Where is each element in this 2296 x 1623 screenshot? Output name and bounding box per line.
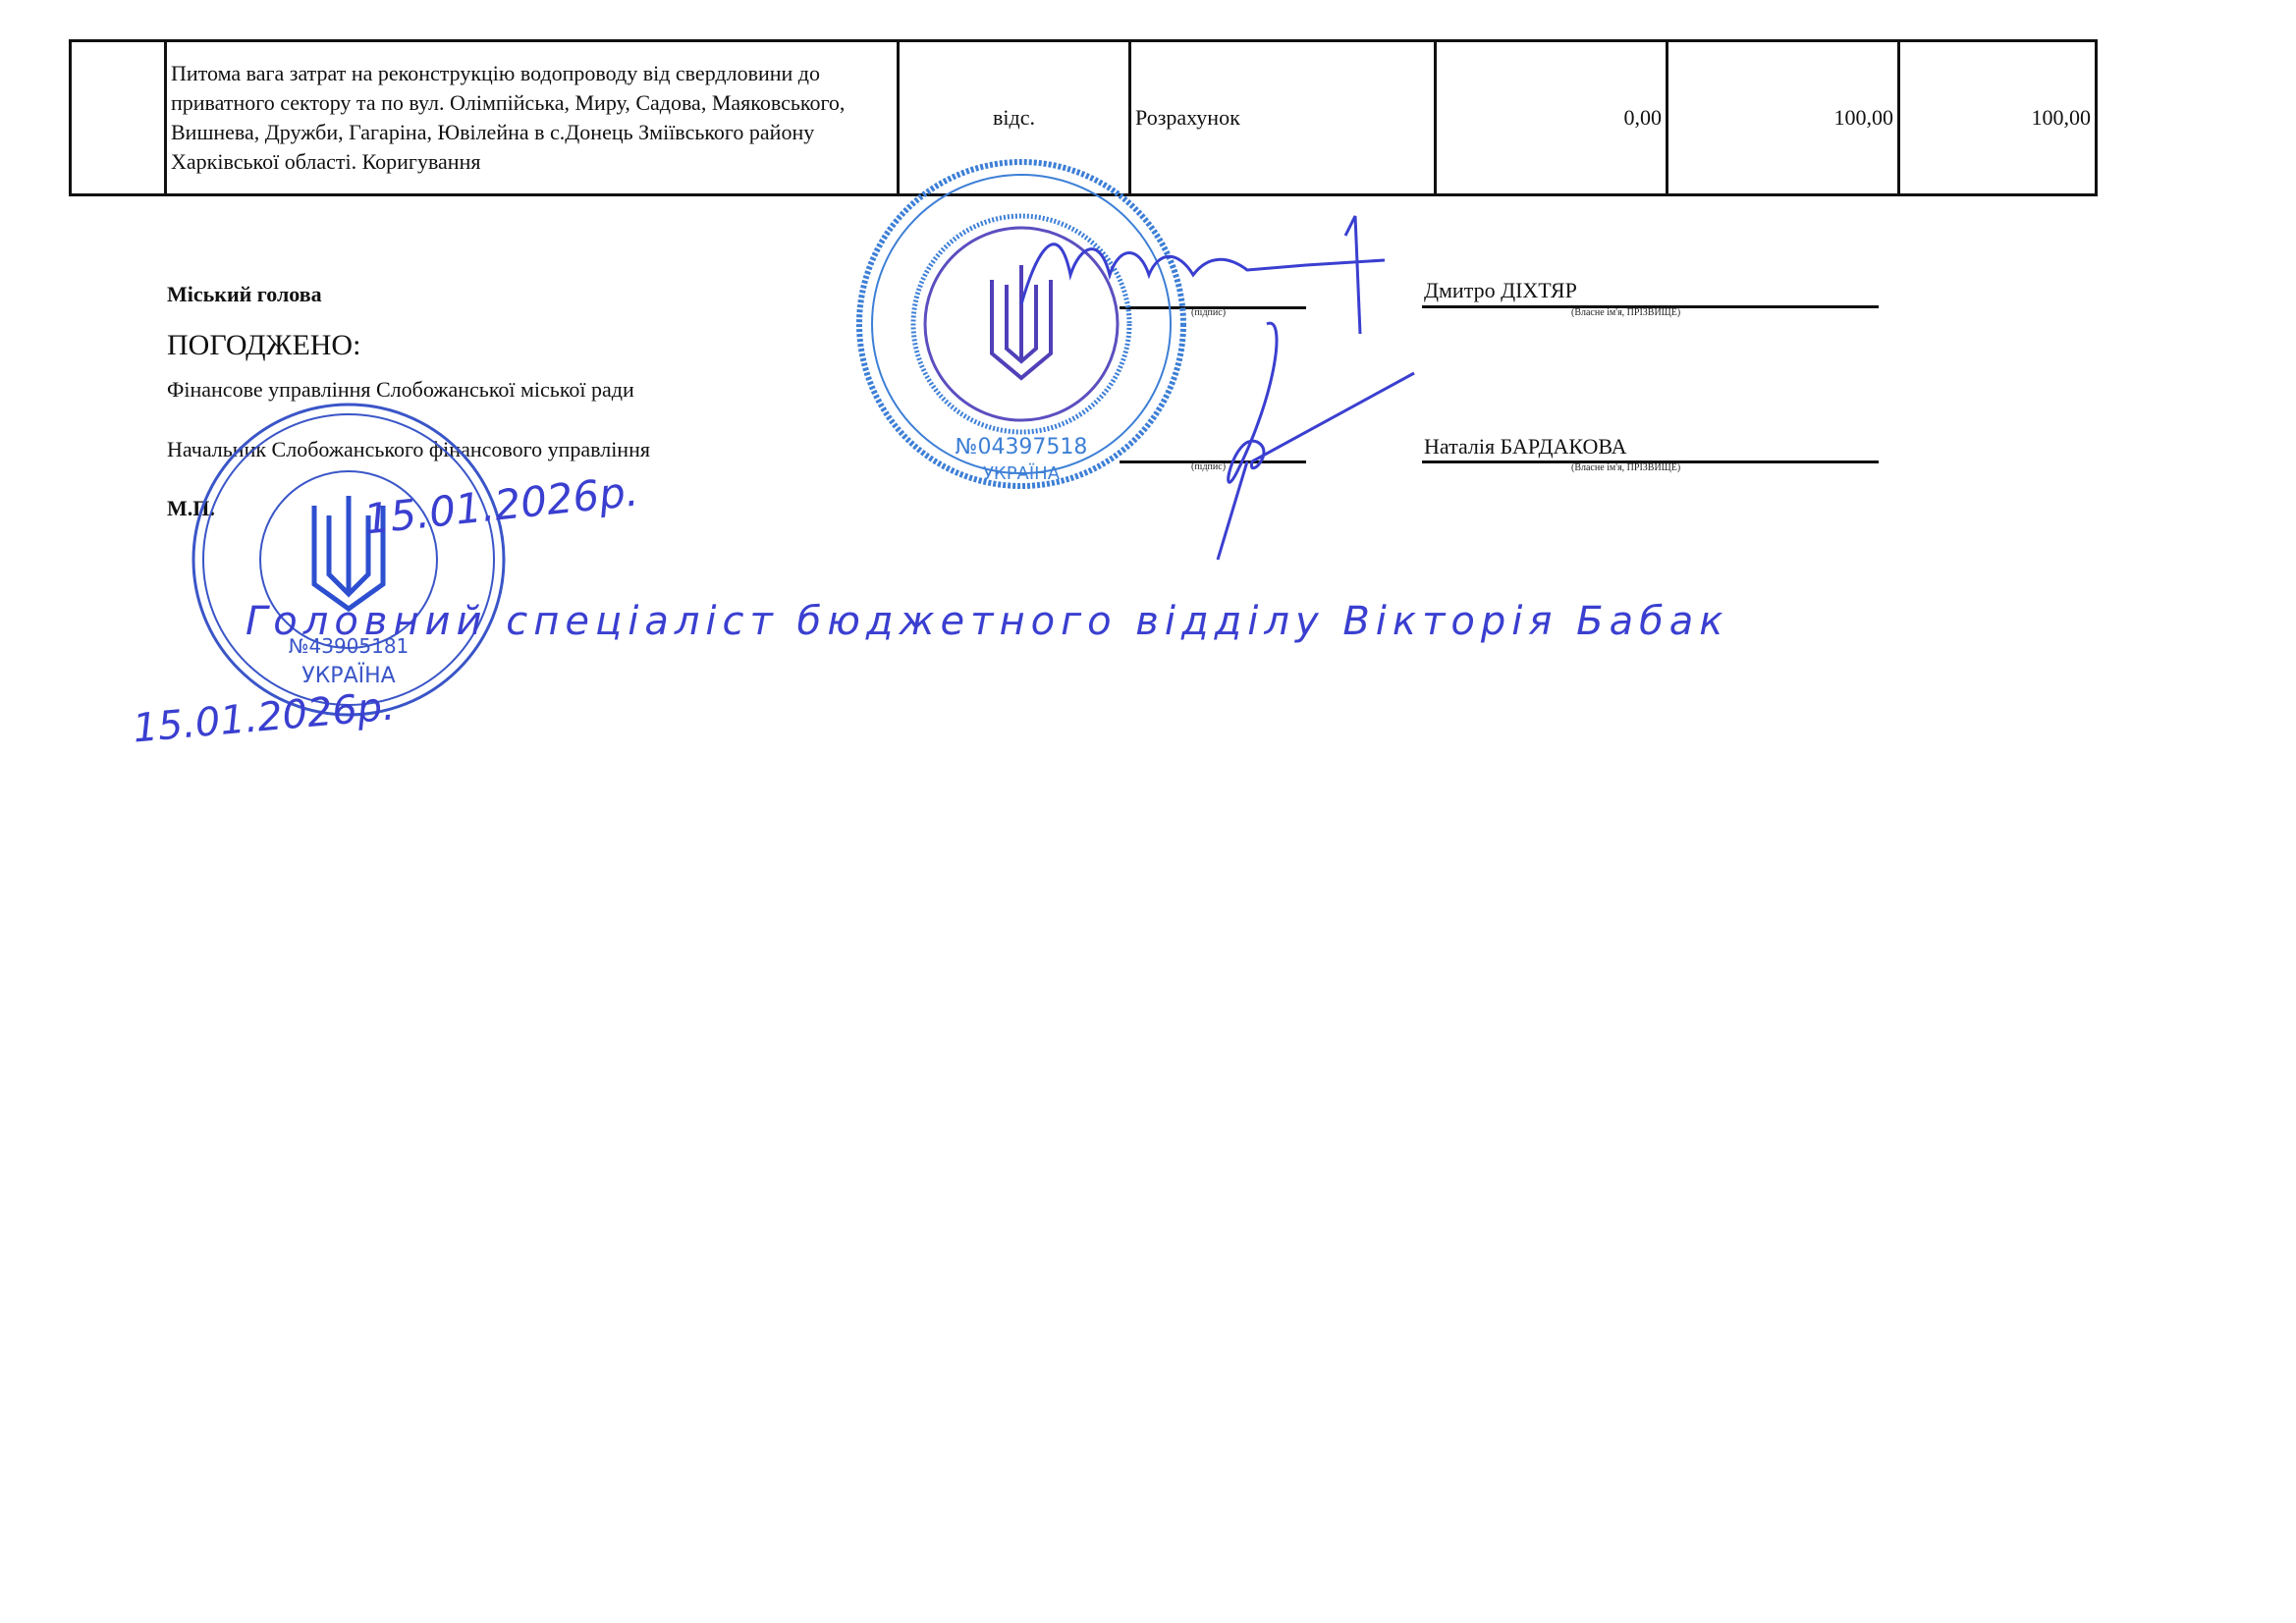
city-stamp-country: УКРАЇНА — [983, 463, 1061, 484]
finance-dept-label: Фінансове управління Слобожанської міськ… — [167, 377, 634, 403]
finance-head-signature — [1178, 314, 1434, 569]
row-number-cell — [71, 41, 166, 195]
description-cell: Питома вага затрат на реконструкцію водо… — [166, 41, 899, 195]
mayor-signature — [982, 196, 1414, 334]
mayor-name: Дмитро ДІХТЯР — [1424, 278, 1577, 303]
handwritten-note-line: Головний спеціаліст бюджетного відділу В… — [246, 599, 1728, 644]
city-stamp-number: №04397518 — [956, 435, 1088, 460]
finance-head-name: Наталія БАРДАКОВА — [1424, 434, 1627, 460]
agreed-label: ПОГОДЖЕНО: — [167, 329, 360, 362]
value-cell-2: 100,00 — [1667, 41, 1899, 195]
value-cell-3: 100,00 — [1899, 41, 2097, 195]
value-cell-1: 0,00 — [1436, 41, 1667, 195]
mayor-name-caption: (Власне ім'я, ПРІЗВИЩЕ) — [1571, 307, 1680, 318]
mayor-title: Міський голова — [167, 282, 322, 307]
finance-head-name-caption: (Власне ім'я, ПРІЗВИЩЕ) — [1571, 462, 1680, 473]
